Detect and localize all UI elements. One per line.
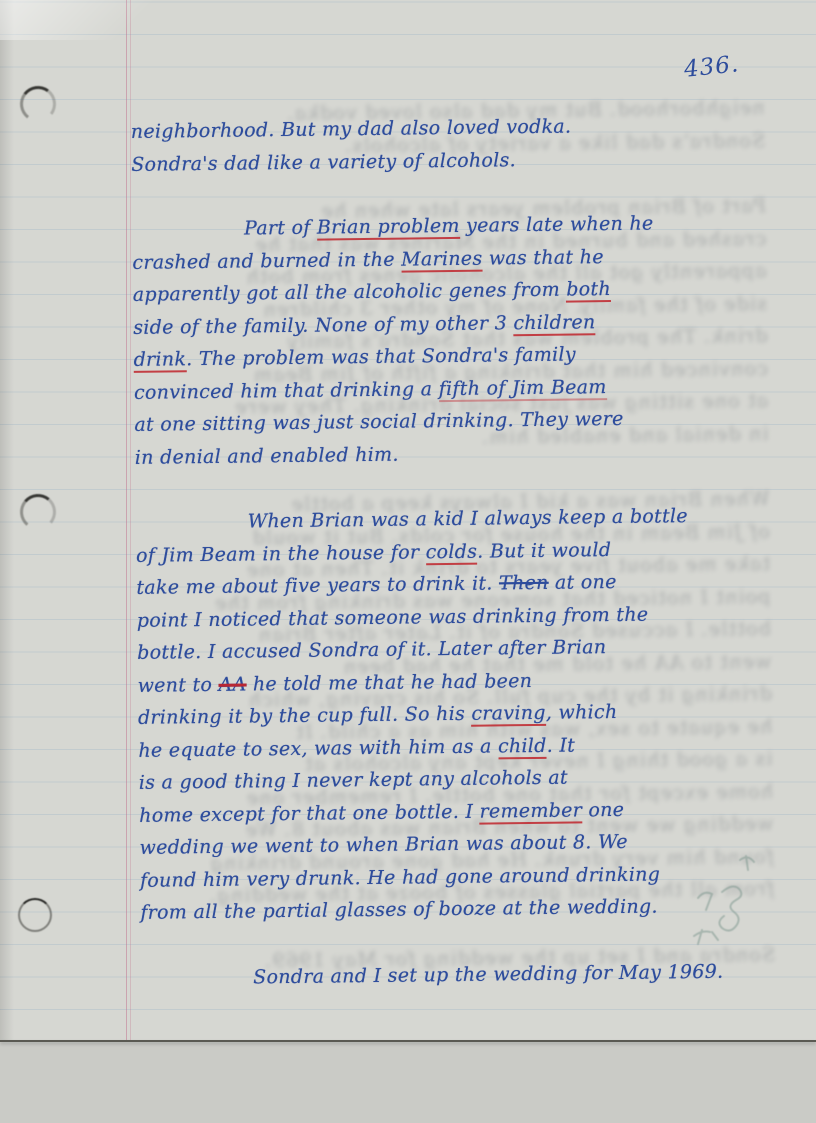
handwritten-text: point I noticed that someone was drinkin… bbox=[137, 603, 649, 631]
red-underlined-word: drink bbox=[134, 348, 187, 373]
struck-out-word: Then bbox=[499, 572, 549, 595]
handwritten-text: Sondra's dad like a variety of alcohols. bbox=[131, 149, 516, 176]
paragraph: When Brian was a kid I always keep a bot… bbox=[135, 499, 768, 929]
handwritten-text: in denial and enabled him. bbox=[135, 443, 399, 468]
handwritten-text: side of the family. None of my other 3 c… bbox=[133, 311, 596, 339]
handwritten-text: found him very drunk. He had gone around… bbox=[140, 863, 660, 891]
red-underlined-word: both bbox=[566, 278, 611, 303]
hole-punch bbox=[18, 492, 57, 531]
handwritten-text: drink. The problem was that Sondra's fam… bbox=[134, 343, 577, 370]
red-underlined-word: fifth of Jim Beam bbox=[439, 376, 607, 402]
handwritten-text: apparently got all the alcoholic genes f… bbox=[133, 278, 611, 306]
handwritten-text: he equate to sex, was with him as a chil… bbox=[138, 734, 575, 761]
red-underlined-word: craving bbox=[471, 702, 546, 727]
red-underlined-word: children bbox=[513, 311, 595, 336]
hole-punch bbox=[18, 898, 52, 932]
handwritten-text: drinking it by the cup full. So his crav… bbox=[138, 701, 618, 729]
struck-out-word: AA bbox=[218, 673, 246, 695]
handwritten-text: wedding we went to when Brian was about … bbox=[139, 831, 628, 859]
paragraph: neighborhood. But my dad also loved vodk… bbox=[131, 108, 760, 181]
handwritten-line: from all the partial glasses of booze at… bbox=[140, 889, 768, 929]
red-underlined-word: child bbox=[498, 734, 547, 759]
handwriting-block: neighborhood. But my dad also loved vodk… bbox=[131, 108, 770, 995]
page-edge-shadow bbox=[0, 0, 14, 1040]
page-number: 436. bbox=[683, 51, 741, 83]
handwritten-text: crashed and burned in the Marines was th… bbox=[132, 246, 604, 274]
scanned-notebook-page: { "page": { "number": "436." }, "colors"… bbox=[0, 0, 816, 1123]
handwritten-line: Sondra's dad like a variety of alcohols.… bbox=[131, 141, 759, 181]
scanner-background bbox=[0, 1042, 816, 1123]
handwritten-text: at one sitting was just social drinking.… bbox=[134, 408, 623, 436]
handwritten-text: home except for that one bottle. I remem… bbox=[139, 798, 624, 826]
handwritten-text: Sondra and I set up the wedding for May … bbox=[141, 955, 724, 995]
red-underlined-word: colds bbox=[425, 540, 477, 565]
handwritten-line: in denial and enabled him.in denial and … bbox=[135, 434, 763, 474]
hole-punch bbox=[18, 84, 59, 125]
paragraph: Sondra and I set up the wedding for May … bbox=[141, 955, 769, 995]
page-corner-highlight bbox=[0, 0, 220, 40]
handwritten-text: from all the partial glasses of booze at… bbox=[140, 895, 658, 923]
handwritten-text: is a good thing I never kept any alcohol… bbox=[139, 767, 568, 794]
handwritten-text: When Brian was a kid I always keep a bot… bbox=[135, 500, 688, 539]
margin-line bbox=[126, 0, 127, 1040]
paragraph: Part of Brian problem years late when he… bbox=[132, 206, 763, 474]
handwritten-text: bottle. I accused Sondra of it. Later af… bbox=[137, 636, 606, 664]
handwritten-text: of Jim Beam in the house for colds. But … bbox=[136, 539, 612, 567]
margin-scribble-bleedthrough bbox=[688, 852, 772, 956]
handwritten-text: went to AA he told me that he had been bbox=[137, 670, 532, 697]
red-underlined-word: Brian problem bbox=[317, 215, 460, 241]
handwritten-line: Sondra and I set up the wedding for May … bbox=[141, 955, 769, 995]
red-underlined-word: Marines bbox=[401, 247, 483, 272]
handwritten-text: take me about five years to drink it. Th… bbox=[136, 571, 617, 599]
handwritten-text: Part of Brian problem years late when he bbox=[132, 207, 654, 246]
handwritten-text: neighborhood. But my dad also loved vodk… bbox=[131, 115, 572, 142]
red-underlined-word: remember bbox=[479, 799, 582, 824]
handwritten-text: convinced him that drinking a fifth of J… bbox=[134, 376, 607, 404]
